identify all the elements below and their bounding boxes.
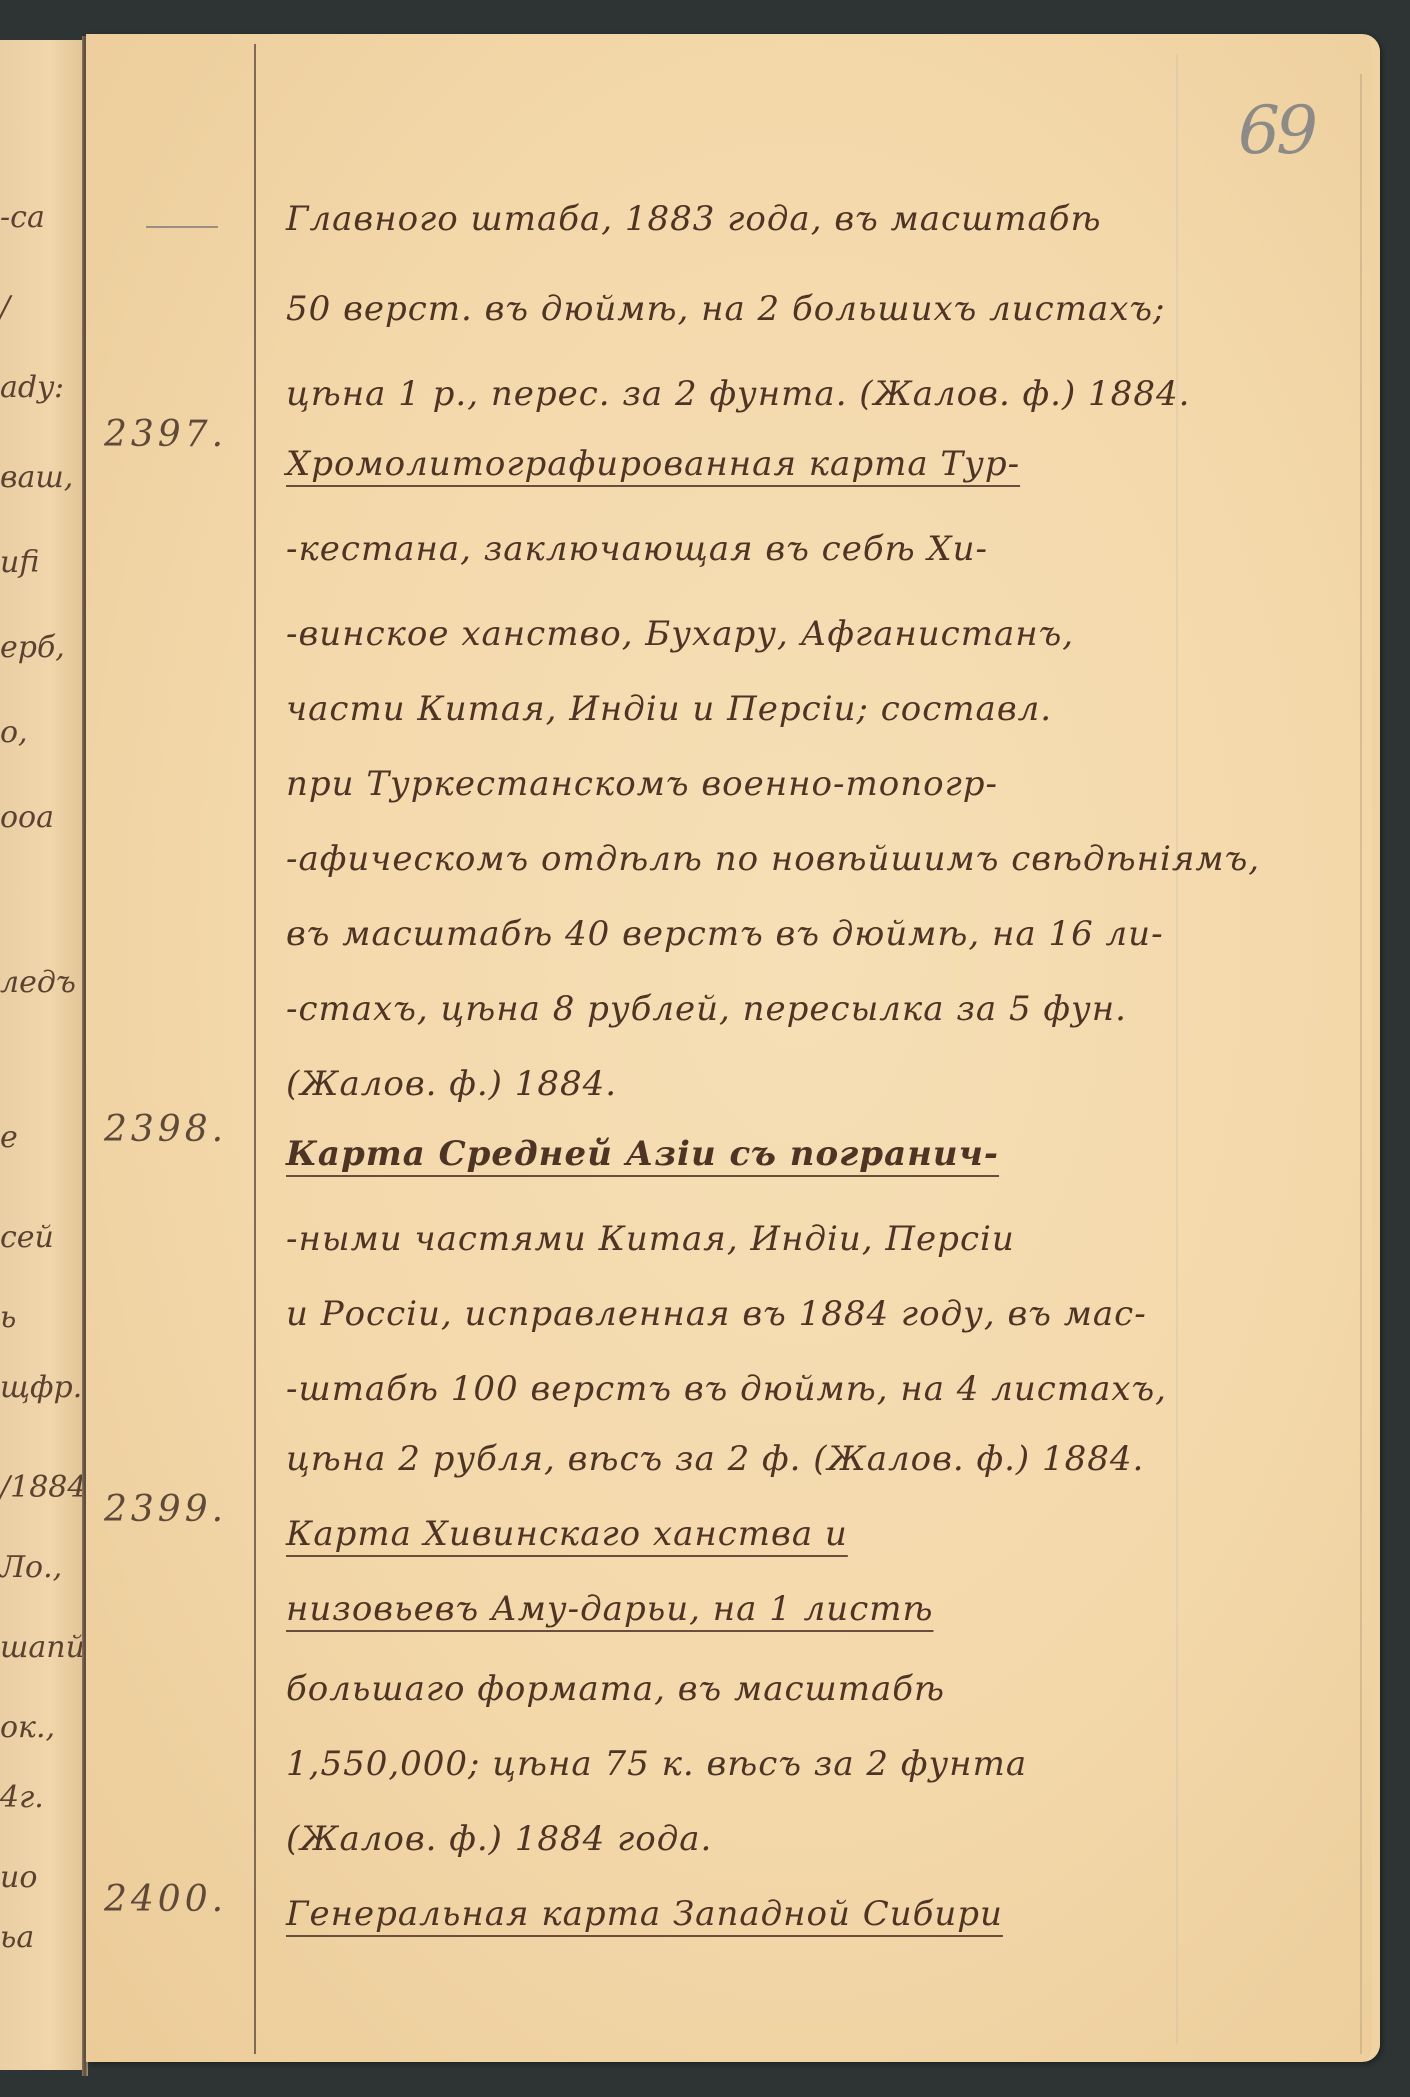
continuation-dash — [146, 226, 218, 228]
entry-line: -ными частями Китая, Индіи, Персіи — [286, 1219, 1346, 1259]
entry-line: 1,550,000; цѣна 75 к. вѣсъ за 2 фунта — [286, 1744, 1346, 1784]
entry-line: -кестана, заключающая въ себѣ Хи- — [286, 529, 1346, 569]
entry-number: 2400. — [104, 1879, 227, 1920]
entry-line: части Китая, Индіи и Персіи; составл. — [286, 689, 1346, 729]
left-fragment: / — [0, 290, 10, 325]
left-fragment: ady: — [0, 370, 64, 405]
left-fragment: Ло., — [0, 1550, 62, 1585]
left-fragment: ь — [0, 1300, 16, 1335]
left-fragment: ьа — [0, 1920, 34, 1955]
entry-line: цѣна 2 рубля, вѣсъ за 2 ф. (Жалов. ф.) 1… — [286, 1439, 1346, 1479]
number-column-rule — [254, 44, 256, 2054]
entry-line: 50 верст. въ дюймѣ, на 2 большихъ листах… — [286, 289, 1346, 329]
entry-line: большаго формата, въ масштабѣ — [286, 1669, 1346, 1709]
left-fragment: ооа — [0, 800, 54, 835]
left-fragment: шапй — [0, 1630, 84, 1665]
manuscript-page: 69 Главного штаба, 1883 года, въ масштаб… — [86, 34, 1380, 2062]
entry-line: (Жалов. ф.) 1884. — [286, 1064, 1346, 1104]
left-fragment: щфр. — [0, 1370, 82, 1405]
entry-title-line: Карта Хивинскаго ханства и — [286, 1514, 1346, 1554]
left-fragment: /1884. — [0, 1470, 84, 1505]
entry-title-line: низовьевъ Аму-дарьи, на 1 листѣ — [286, 1589, 1346, 1629]
left-fragment: ок., — [0, 1710, 55, 1745]
entry-line: цѣна 1 р., перес. за 2 фунта. (Жалов. ф.… — [286, 374, 1346, 414]
entry-line: -винское ханство, Бухару, Афганистанъ, — [286, 614, 1346, 654]
entry-line: -штабѣ 100 верстъ въ дюймѣ, на 4 листахъ… — [286, 1369, 1346, 1409]
entry-number: 2397. — [104, 414, 227, 455]
left-fragment: о, — [0, 715, 28, 750]
left-fragment: ваш, — [0, 460, 73, 495]
page-number: 69 — [1238, 92, 1314, 169]
left-fragment: е — [0, 1120, 18, 1155]
entry-number: 2399. — [104, 1489, 227, 1530]
entry-number: 2398. — [104, 1109, 227, 1150]
entry-line: Главного штаба, 1883 года, въ масштабѣ — [286, 199, 1346, 239]
left-fragment: ufi — [0, 545, 39, 580]
left-fragment: ‑са — [0, 200, 45, 235]
entry-title-line: Карта Средней Азіи съ погранич- — [286, 1134, 1346, 1174]
entry-line: -стахъ, цѣна 8 рублей, пересылка за 5 фу… — [286, 989, 1346, 1029]
entry-title-line: Хромолитографированная карта Тур- — [286, 444, 1346, 484]
left-fragment: ледъ — [0, 965, 76, 1000]
entry-line: и Россіи, исправленная въ 1884 году, въ … — [286, 1294, 1346, 1334]
page-edge — [1360, 74, 1362, 2054]
left-fragment: сей — [0, 1220, 54, 1255]
entry-line: -афическомъ отдѣлѣ по новѣйшимъ свѣдѣнія… — [286, 839, 1346, 879]
entry-title-line: Генеральная карта Западной Сибири — [286, 1894, 1346, 1934]
entry-line: (Жалов. ф.) 1884 года. — [286, 1819, 1346, 1859]
left-fragment: ио — [0, 1860, 37, 1895]
left-fragment: 4г. — [0, 1780, 44, 1815]
entry-line: при Туркестанскомъ военно-топогр- — [286, 764, 1346, 804]
entry-line: въ масштабѣ 40 верстъ въ дюймѣ, на 16 ли… — [286, 914, 1346, 954]
left-fragment: ерб, — [0, 630, 65, 665]
facing-left-page: ‑са / ady: ваш, ufi ерб, о, ооа ледъ е с… — [0, 40, 84, 2070]
